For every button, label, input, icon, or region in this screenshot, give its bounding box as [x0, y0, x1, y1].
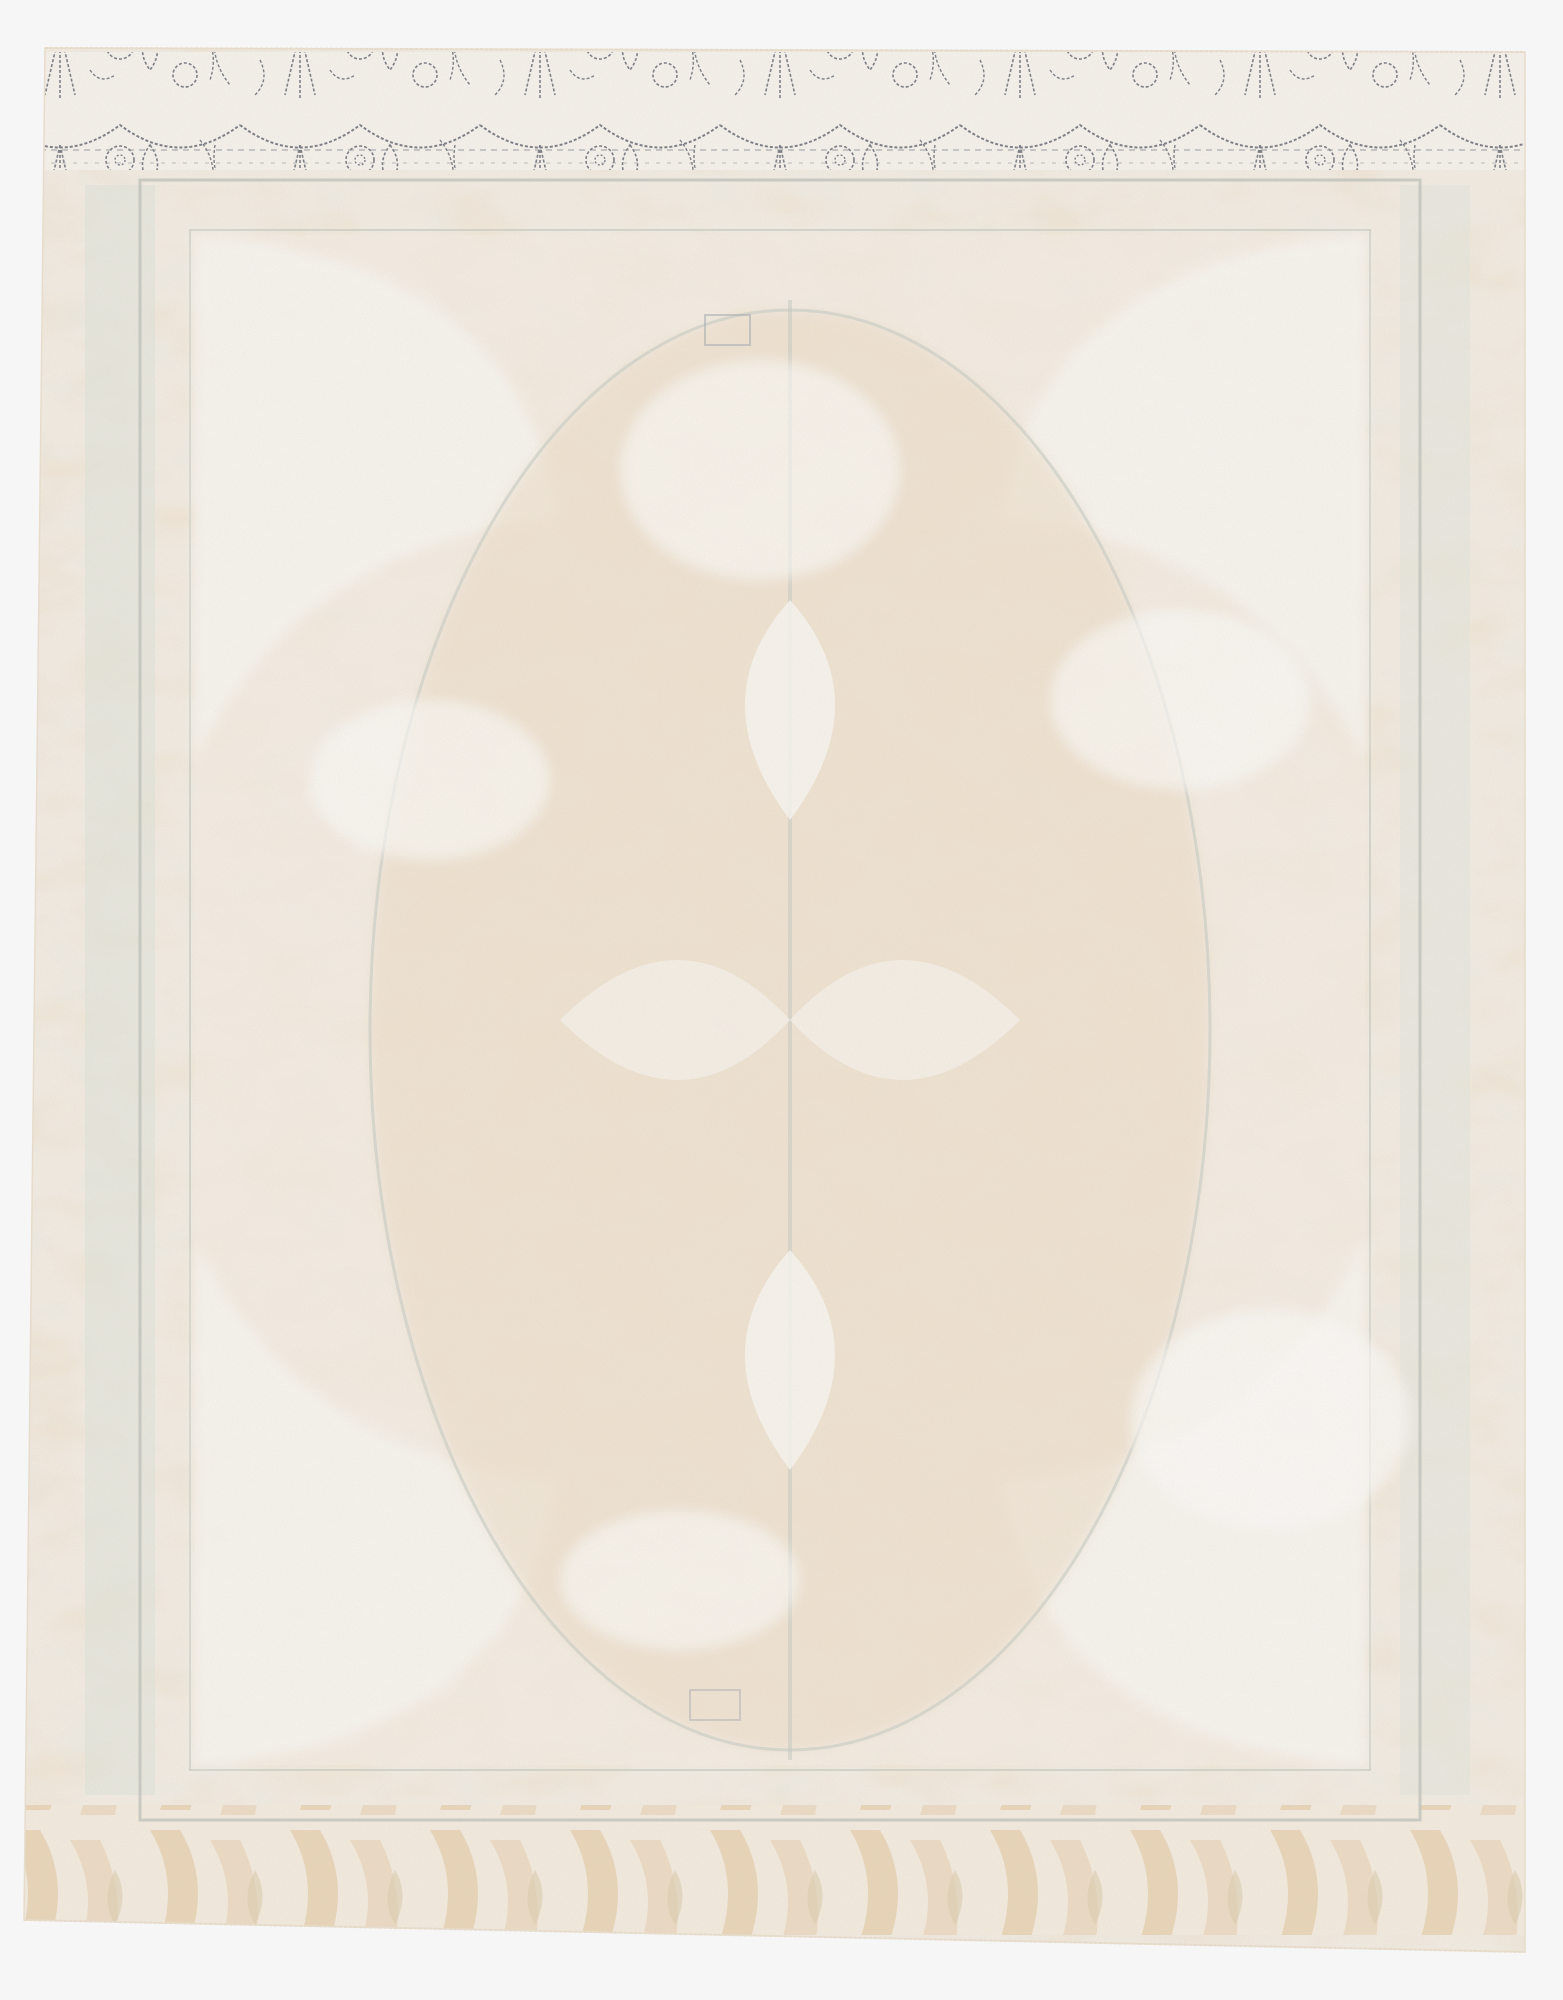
product-photo — [0, 0, 1563, 2000]
rug-graphic — [0, 0, 1563, 2000]
rug-image — [0, 0, 1563, 2000]
rug-body — [0, 0, 1563, 2000]
